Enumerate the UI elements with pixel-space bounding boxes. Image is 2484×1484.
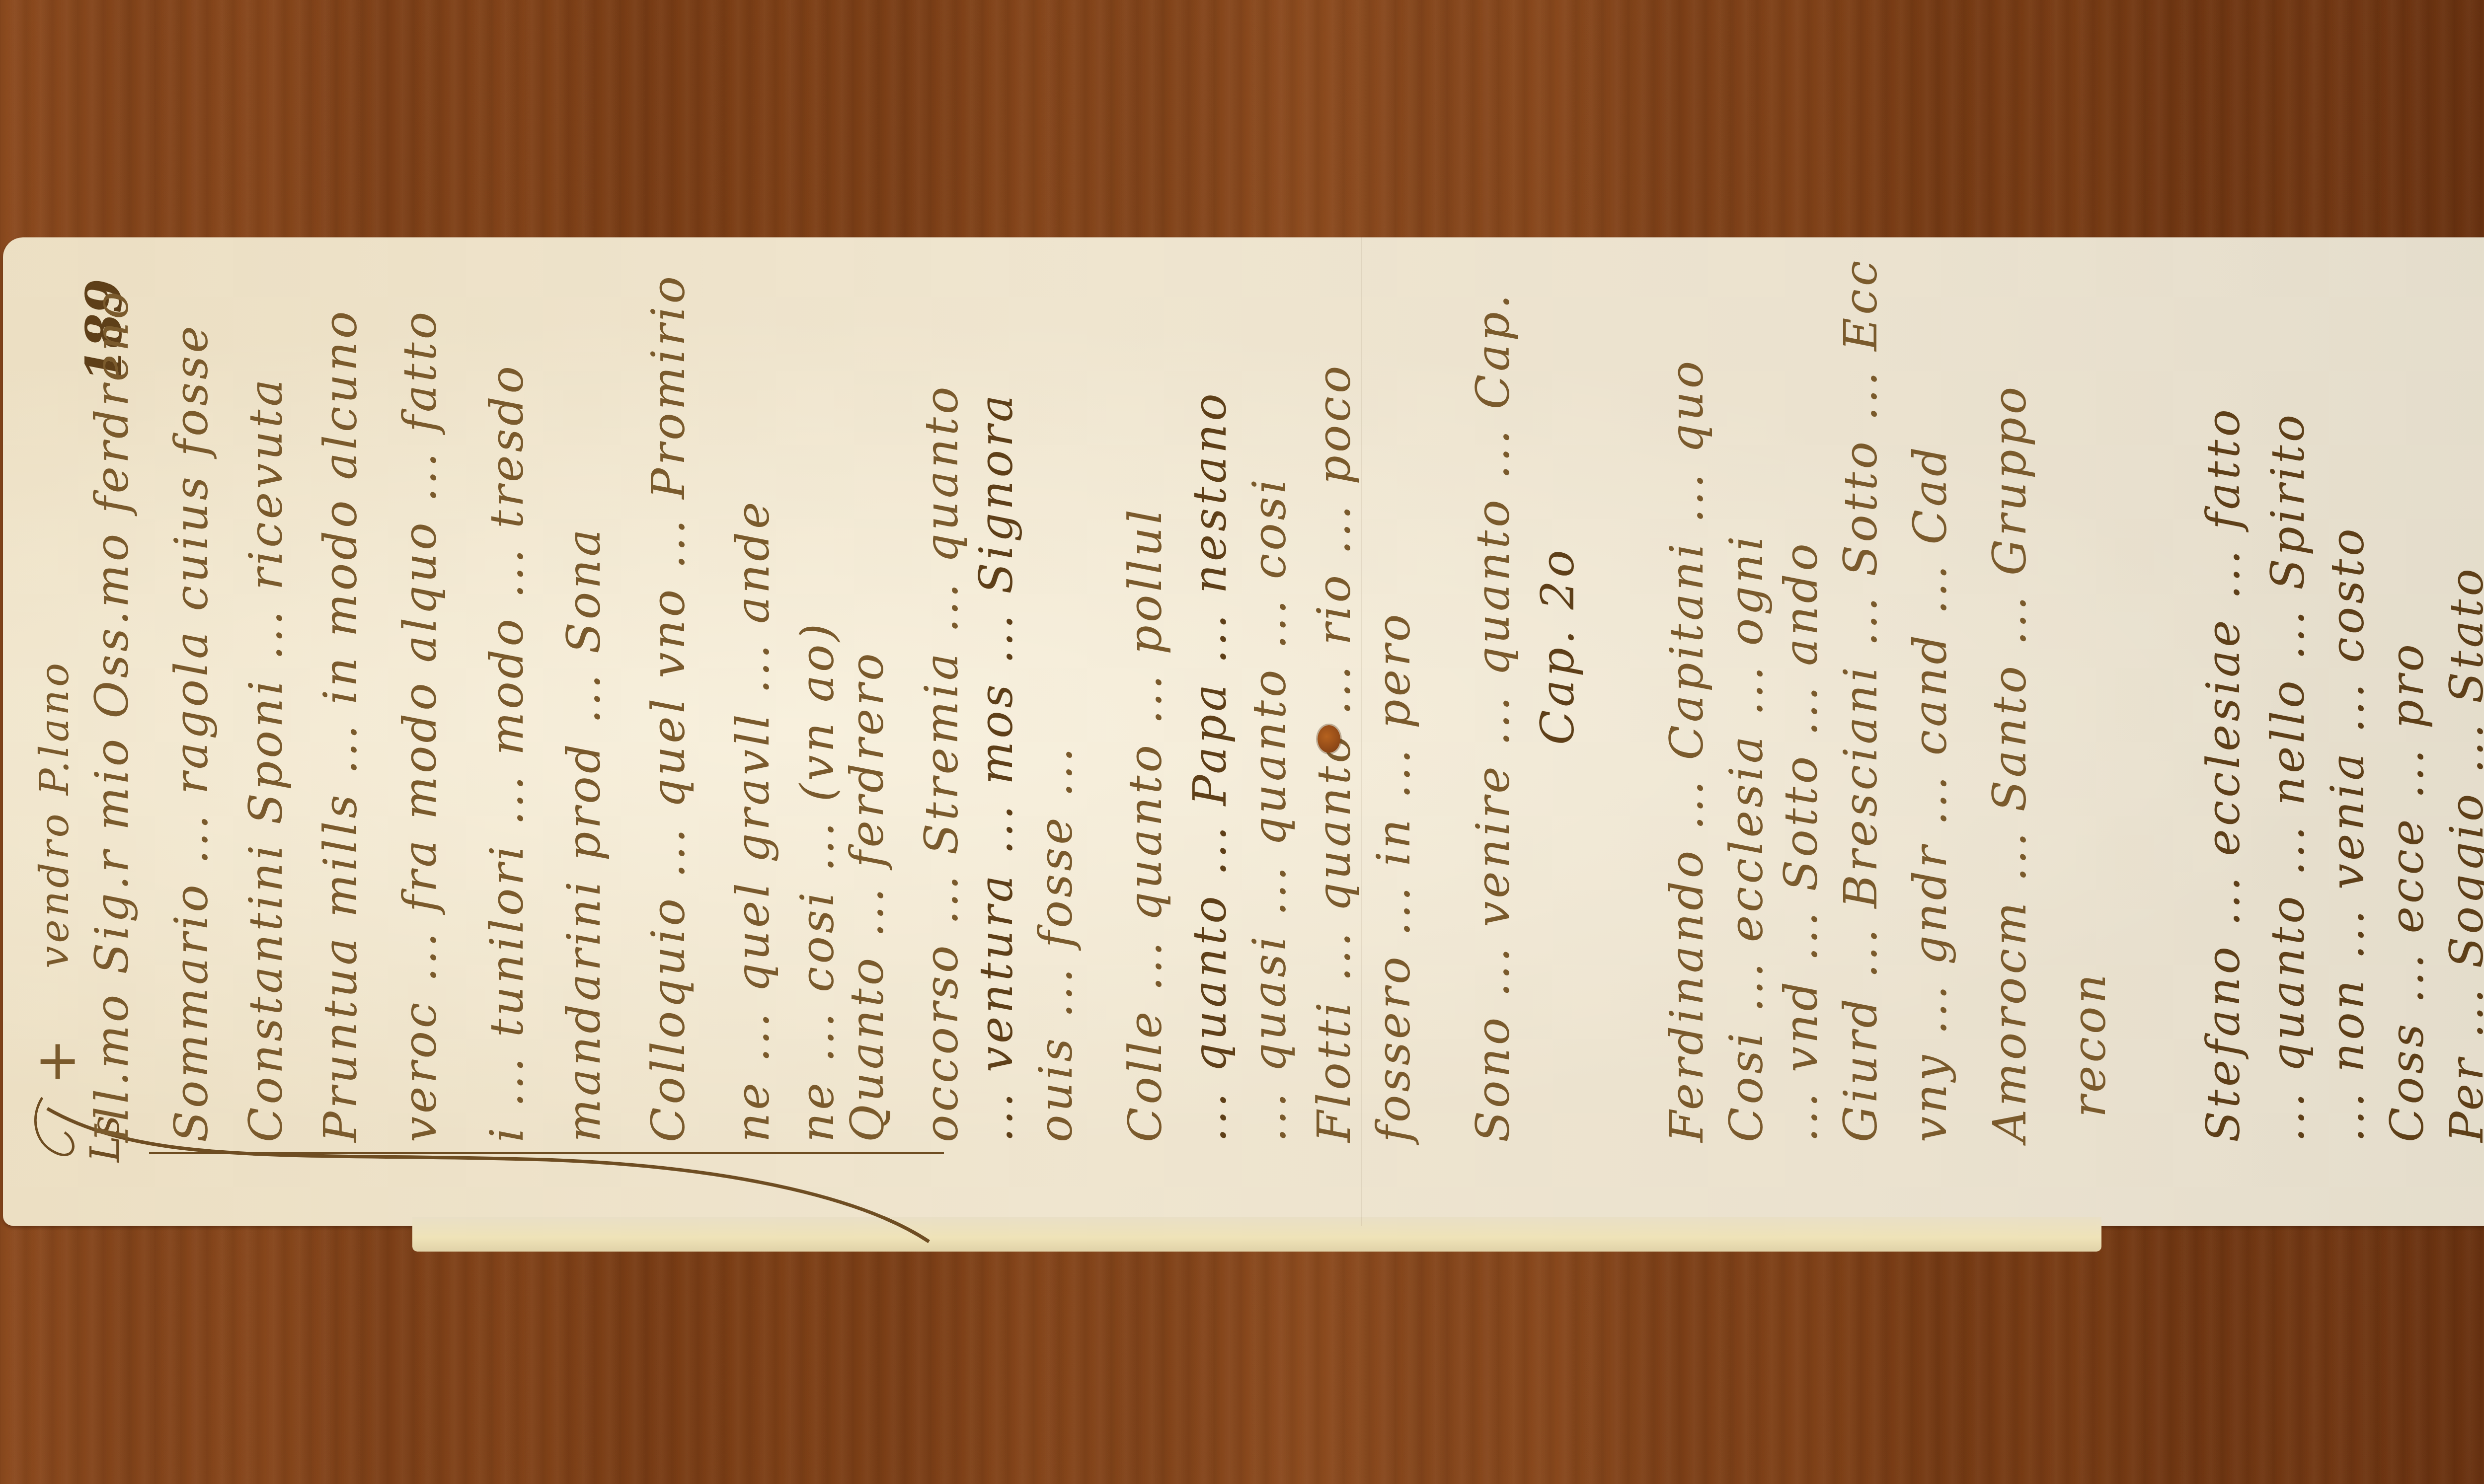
manuscript-line: Flotti ... quanto ... rio ... poco <box>1312 363 1357 1142</box>
manuscript-line: Ferdinando ... Capitani ... quo <box>1664 358 1710 1142</box>
manuscript-line: ... non ... venia ... costo <box>2325 525 2371 1142</box>
manuscript-line: ... ventura ... mos ... Signora <box>974 392 1019 1142</box>
manuscript-line: Amorocm ... Santo ... Gruppo <box>1987 384 2033 1142</box>
cross-mark-icon: + <box>35 1028 80 1092</box>
manuscript-line: mandarini prod ... Sona <box>561 526 607 1142</box>
manuscript-line: Sommario ... ragola cuius fosse <box>169 323 215 1142</box>
manuscript-line: i ... tunilori ... modo ... tresdo <box>484 363 530 1142</box>
manuscript-line: Per ... Soggio ... Stato <box>2444 566 2484 1142</box>
paper-hole <box>1318 725 1340 753</box>
manuscript-line: Colloquio ... quel vno ... Promirio <box>646 273 692 1142</box>
heading-text: vendro P.lano <box>35 660 75 968</box>
manuscript-line: Cosi ... ecclesia ... ogni <box>1724 533 1770 1142</box>
chapter-heading: Cap. 2o <box>1535 547 1581 745</box>
manuscript-line: Pruntua mills ... in modo alcuno <box>318 308 364 1142</box>
manuscript-line: Sono ... venire ... quanto ... Cap. <box>1471 292 1516 1142</box>
manuscript-line: ouis ... fosse ... <box>1033 744 1079 1142</box>
paper-fold-crease <box>1361 237 1362 1226</box>
manuscript-line: Giurd ... Bresciani ... Sotto ... Ecc <box>1838 258 1884 1142</box>
manuscript-line: Ill.mo Sig.r mio Oss.mo ferdreno <box>89 289 135 1142</box>
manuscript-line: ne ... cosi ... (vn ao) <box>795 621 841 1142</box>
manuscript-line: Stefano ... ecclesiae ... fatto <box>2201 406 2247 1142</box>
manuscript-line: recon <box>2067 971 2112 1117</box>
manuscript-line: ne ... quel gravll ... ande <box>730 499 776 1142</box>
manuscript-line: Coss ... ecce ... pro <box>2385 641 2430 1142</box>
manuscript-line: Colle ... quanto ... pollul <box>1123 507 1168 1142</box>
margin-rule <box>149 1152 944 1154</box>
manuscript-line: ... quanto ... Papa ... nestano <box>1187 390 1233 1142</box>
manuscript-line: ... quanto ... nello ... Spirito <box>2265 412 2311 1142</box>
manuscript-line: fossero ... in ... pero <box>1371 611 1417 1143</box>
manuscript-line: Constantini Sponi ... ricevuta <box>243 376 289 1142</box>
manuscript-line: ... quasi ... quanto ... cosi <box>1247 476 1293 1142</box>
manuscript-line: ... vnd ... Sotto ... ando <box>1779 540 1824 1142</box>
manuscript-line: Quanto ... ferdrero <box>845 650 890 1142</box>
manuscript-line: occorso ... Stremia ... quanto <box>919 384 965 1142</box>
manuscript-line: veroc ... fra modo alquo ... fatto <box>397 309 443 1142</box>
manuscript-line: vny ... gndr ... cand ... Cad <box>1908 444 1953 1142</box>
underlying-page-edge <box>412 1217 2101 1252</box>
